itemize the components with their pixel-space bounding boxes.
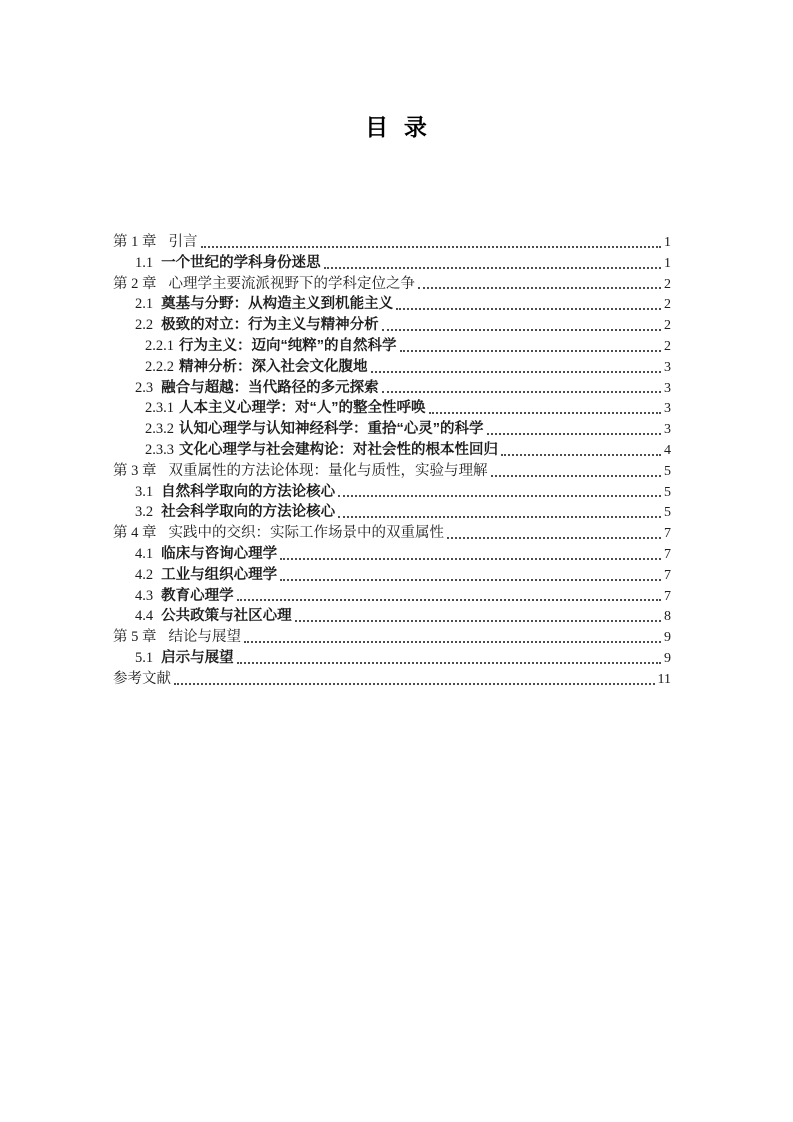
entry-number: 2.2.2 bbox=[145, 357, 174, 378]
toc-entry[interactable]: 第 3 章双重属性的方法论体现：量化与质性，实验与理解5 bbox=[113, 461, 671, 482]
entry-title: 启示与展望 bbox=[161, 648, 234, 669]
toc-entry[interactable]: 2.3.3文化心理学与社会建构论：对社会性的根本性回归4 bbox=[113, 440, 671, 461]
entry-number: 4.1 bbox=[135, 544, 153, 565]
toc-entry[interactable]: 2.1奠基与分野：从构造主义到机能主义2 bbox=[113, 294, 671, 315]
entry-page-number: 7 bbox=[664, 587, 671, 608]
toc-page-title: 目 录 bbox=[0, 109, 793, 142]
toc-entry[interactable]: 参考文献11 bbox=[113, 669, 671, 690]
entry-number: 1.1 bbox=[135, 253, 153, 274]
entry-title: 临床与咨询心理学 bbox=[161, 544, 277, 565]
entry-number: 2.3.2 bbox=[145, 419, 174, 440]
entry-number: 3.2 bbox=[135, 502, 153, 523]
dot-leader bbox=[324, 267, 661, 269]
toc-entry[interactable]: 第 2 章心理学主要流派视野下的学科定位之争2 bbox=[113, 274, 671, 295]
toc-entry[interactable]: 2.3.1人本主义心理学：对“人”的整全性呼唤3 bbox=[113, 398, 671, 419]
dot-leader bbox=[382, 329, 661, 331]
entry-number: 4.3 bbox=[135, 586, 153, 607]
entry-number: 5.1 bbox=[135, 648, 153, 669]
dot-leader bbox=[418, 287, 661, 289]
dot-leader bbox=[338, 516, 661, 518]
entry-title: 结论与展望 bbox=[169, 627, 242, 648]
entry-title: 一个世纪的学科身份迷思 bbox=[161, 253, 321, 274]
entry-page-number: 2 bbox=[664, 337, 671, 358]
toc-list: 第 1 章引言11.1一个世纪的学科身份迷思1第 2 章心理学主要流派视野下的学… bbox=[113, 232, 671, 690]
toc-entry[interactable]: 2.3融合与超越：当代路径的多元探索3 bbox=[113, 378, 671, 399]
dot-leader bbox=[396, 308, 661, 310]
entry-page-number: 9 bbox=[664, 649, 671, 670]
entry-page-number: 1 bbox=[664, 233, 671, 254]
entry-page-number: 3 bbox=[664, 358, 671, 379]
entry-page-number: 1 bbox=[664, 254, 671, 275]
entry-title: 极致的对立：行为主义与精神分析 bbox=[161, 315, 379, 336]
entry-title: 实践中的交织：实际工作场景中的双重属性 bbox=[169, 523, 445, 544]
document-page: 目 录 第 1 章引言11.1一个世纪的学科身份迷思1第 2 章心理学主要流派视… bbox=[0, 0, 793, 1122]
entry-number: 第 2 章 bbox=[113, 274, 157, 295]
entry-number: 2.2 bbox=[135, 315, 153, 336]
entry-number: 第 3 章 bbox=[113, 461, 157, 482]
toc-entry[interactable]: 2.2极致的对立：行为主义与精神分析2 bbox=[113, 315, 671, 336]
dot-leader bbox=[295, 620, 661, 622]
toc-entry[interactable]: 第 1 章引言1 bbox=[113, 232, 671, 253]
toc-entry[interactable]: 第 5 章结论与展望9 bbox=[113, 627, 671, 648]
entry-number: 3.1 bbox=[135, 482, 153, 503]
dot-leader bbox=[237, 599, 661, 601]
entry-title: 参考文献 bbox=[113, 669, 171, 690]
entry-title: 融合与超越：当代路径的多元探索 bbox=[161, 378, 379, 399]
entry-number: 第 1 章 bbox=[113, 232, 157, 253]
entry-page-number: 2 bbox=[664, 295, 671, 316]
entry-number: 2.1 bbox=[135, 294, 153, 315]
entry-page-number: 4 bbox=[664, 441, 671, 462]
dot-leader bbox=[280, 558, 661, 560]
entry-title: 精神分析：深入社会文化腹地 bbox=[179, 357, 368, 378]
entry-number: 2.3 bbox=[135, 378, 153, 399]
dot-leader bbox=[371, 371, 662, 373]
entry-title: 教育心理学 bbox=[161, 586, 234, 607]
entry-number: 第 5 章 bbox=[113, 627, 157, 648]
entry-page-number: 2 bbox=[664, 316, 671, 337]
entry-title: 工业与组织心理学 bbox=[161, 565, 277, 586]
dot-leader bbox=[382, 391, 661, 393]
entry-title: 引言 bbox=[169, 232, 198, 253]
toc-entry[interactable]: 5.1启示与展望9 bbox=[113, 648, 671, 669]
dot-leader bbox=[280, 579, 661, 581]
dot-leader bbox=[237, 662, 661, 664]
entry-number: 2.2.1 bbox=[145, 336, 174, 357]
toc-entry[interactable]: 4.2工业与组织心理学7 bbox=[113, 565, 671, 586]
entry-number: 4.2 bbox=[135, 565, 153, 586]
entry-page-number: 5 bbox=[664, 503, 671, 524]
dot-leader bbox=[338, 495, 661, 497]
toc-entry[interactable]: 3.1自然科学取向的方法论核心5 bbox=[113, 482, 671, 503]
entry-number: 2.3.1 bbox=[145, 398, 174, 419]
toc-entry[interactable]: 1.1一个世纪的学科身份迷思1 bbox=[113, 253, 671, 274]
entry-page-number: 7 bbox=[664, 566, 671, 587]
toc-entry[interactable]: 2.2.1行为主义：迈向“纯粹”的自然科学2 bbox=[113, 336, 671, 357]
entry-title: 认知心理学与认知神经科学：重拾“心灵”的科学 bbox=[179, 419, 484, 440]
entry-title: 双重属性的方法论体现：量化与质性，实验与理解 bbox=[169, 461, 488, 482]
entry-title: 公共政策与社区心理 bbox=[161, 606, 292, 627]
entry-title: 行为主义：迈向“纯粹”的自然科学 bbox=[179, 336, 397, 357]
entry-title: 人本主义心理学：对“人”的整全性呼唤 bbox=[179, 398, 426, 419]
dot-leader bbox=[501, 454, 661, 456]
entry-page-number: 5 bbox=[664, 462, 671, 483]
toc-entry[interactable]: 4.3教育心理学7 bbox=[113, 586, 671, 607]
entry-number: 4.4 bbox=[135, 606, 153, 627]
dot-leader bbox=[244, 641, 661, 643]
toc-entry[interactable]: 第 4 章实践中的交织：实际工作场景中的双重属性7 bbox=[113, 523, 671, 544]
toc-entry[interactable]: 4.4公共政策与社区心理8 bbox=[113, 606, 671, 627]
entry-title: 奠基与分野：从构造主义到机能主义 bbox=[161, 294, 393, 315]
entry-page-number: 5 bbox=[664, 483, 671, 504]
entry-page-number: 2 bbox=[664, 275, 671, 296]
dot-leader bbox=[447, 537, 661, 539]
dot-leader bbox=[400, 350, 662, 352]
entry-page-number: 3 bbox=[664, 379, 671, 400]
toc-entry[interactable]: 2.3.2认知心理学与认知神经科学：重拾“心灵”的科学3 bbox=[113, 419, 671, 440]
entry-page-number: 3 bbox=[664, 420, 671, 441]
dot-leader bbox=[429, 412, 662, 414]
dot-leader bbox=[174, 683, 655, 685]
entry-page-number: 11 bbox=[658, 670, 671, 691]
entry-number: 2.3.3 bbox=[145, 440, 174, 461]
entry-number: 第 4 章 bbox=[113, 523, 157, 544]
dot-leader bbox=[201, 246, 662, 248]
entry-title: 文化心理学与社会建构论：对社会性的根本性回归 bbox=[179, 440, 498, 461]
toc-entry[interactable]: 4.1临床与咨询心理学7 bbox=[113, 544, 671, 565]
entry-page-number: 7 bbox=[664, 524, 671, 545]
entry-title: 心理学主要流派视野下的学科定位之争 bbox=[169, 274, 416, 295]
entry-title: 自然科学取向的方法论核心 bbox=[161, 482, 335, 503]
entry-page-number: 9 bbox=[664, 628, 671, 649]
toc-entry[interactable]: 2.2.2精神分析：深入社会文化腹地3 bbox=[113, 357, 671, 378]
entry-page-number: 8 bbox=[664, 607, 671, 628]
entry-page-number: 3 bbox=[664, 399, 671, 420]
toc-entry[interactable]: 3.2社会科学取向的方法论核心5 bbox=[113, 502, 671, 523]
dot-leader bbox=[487, 433, 662, 435]
entry-title: 社会科学取向的方法论核心 bbox=[161, 502, 335, 523]
dot-leader bbox=[491, 475, 662, 477]
entry-page-number: 7 bbox=[664, 545, 671, 566]
